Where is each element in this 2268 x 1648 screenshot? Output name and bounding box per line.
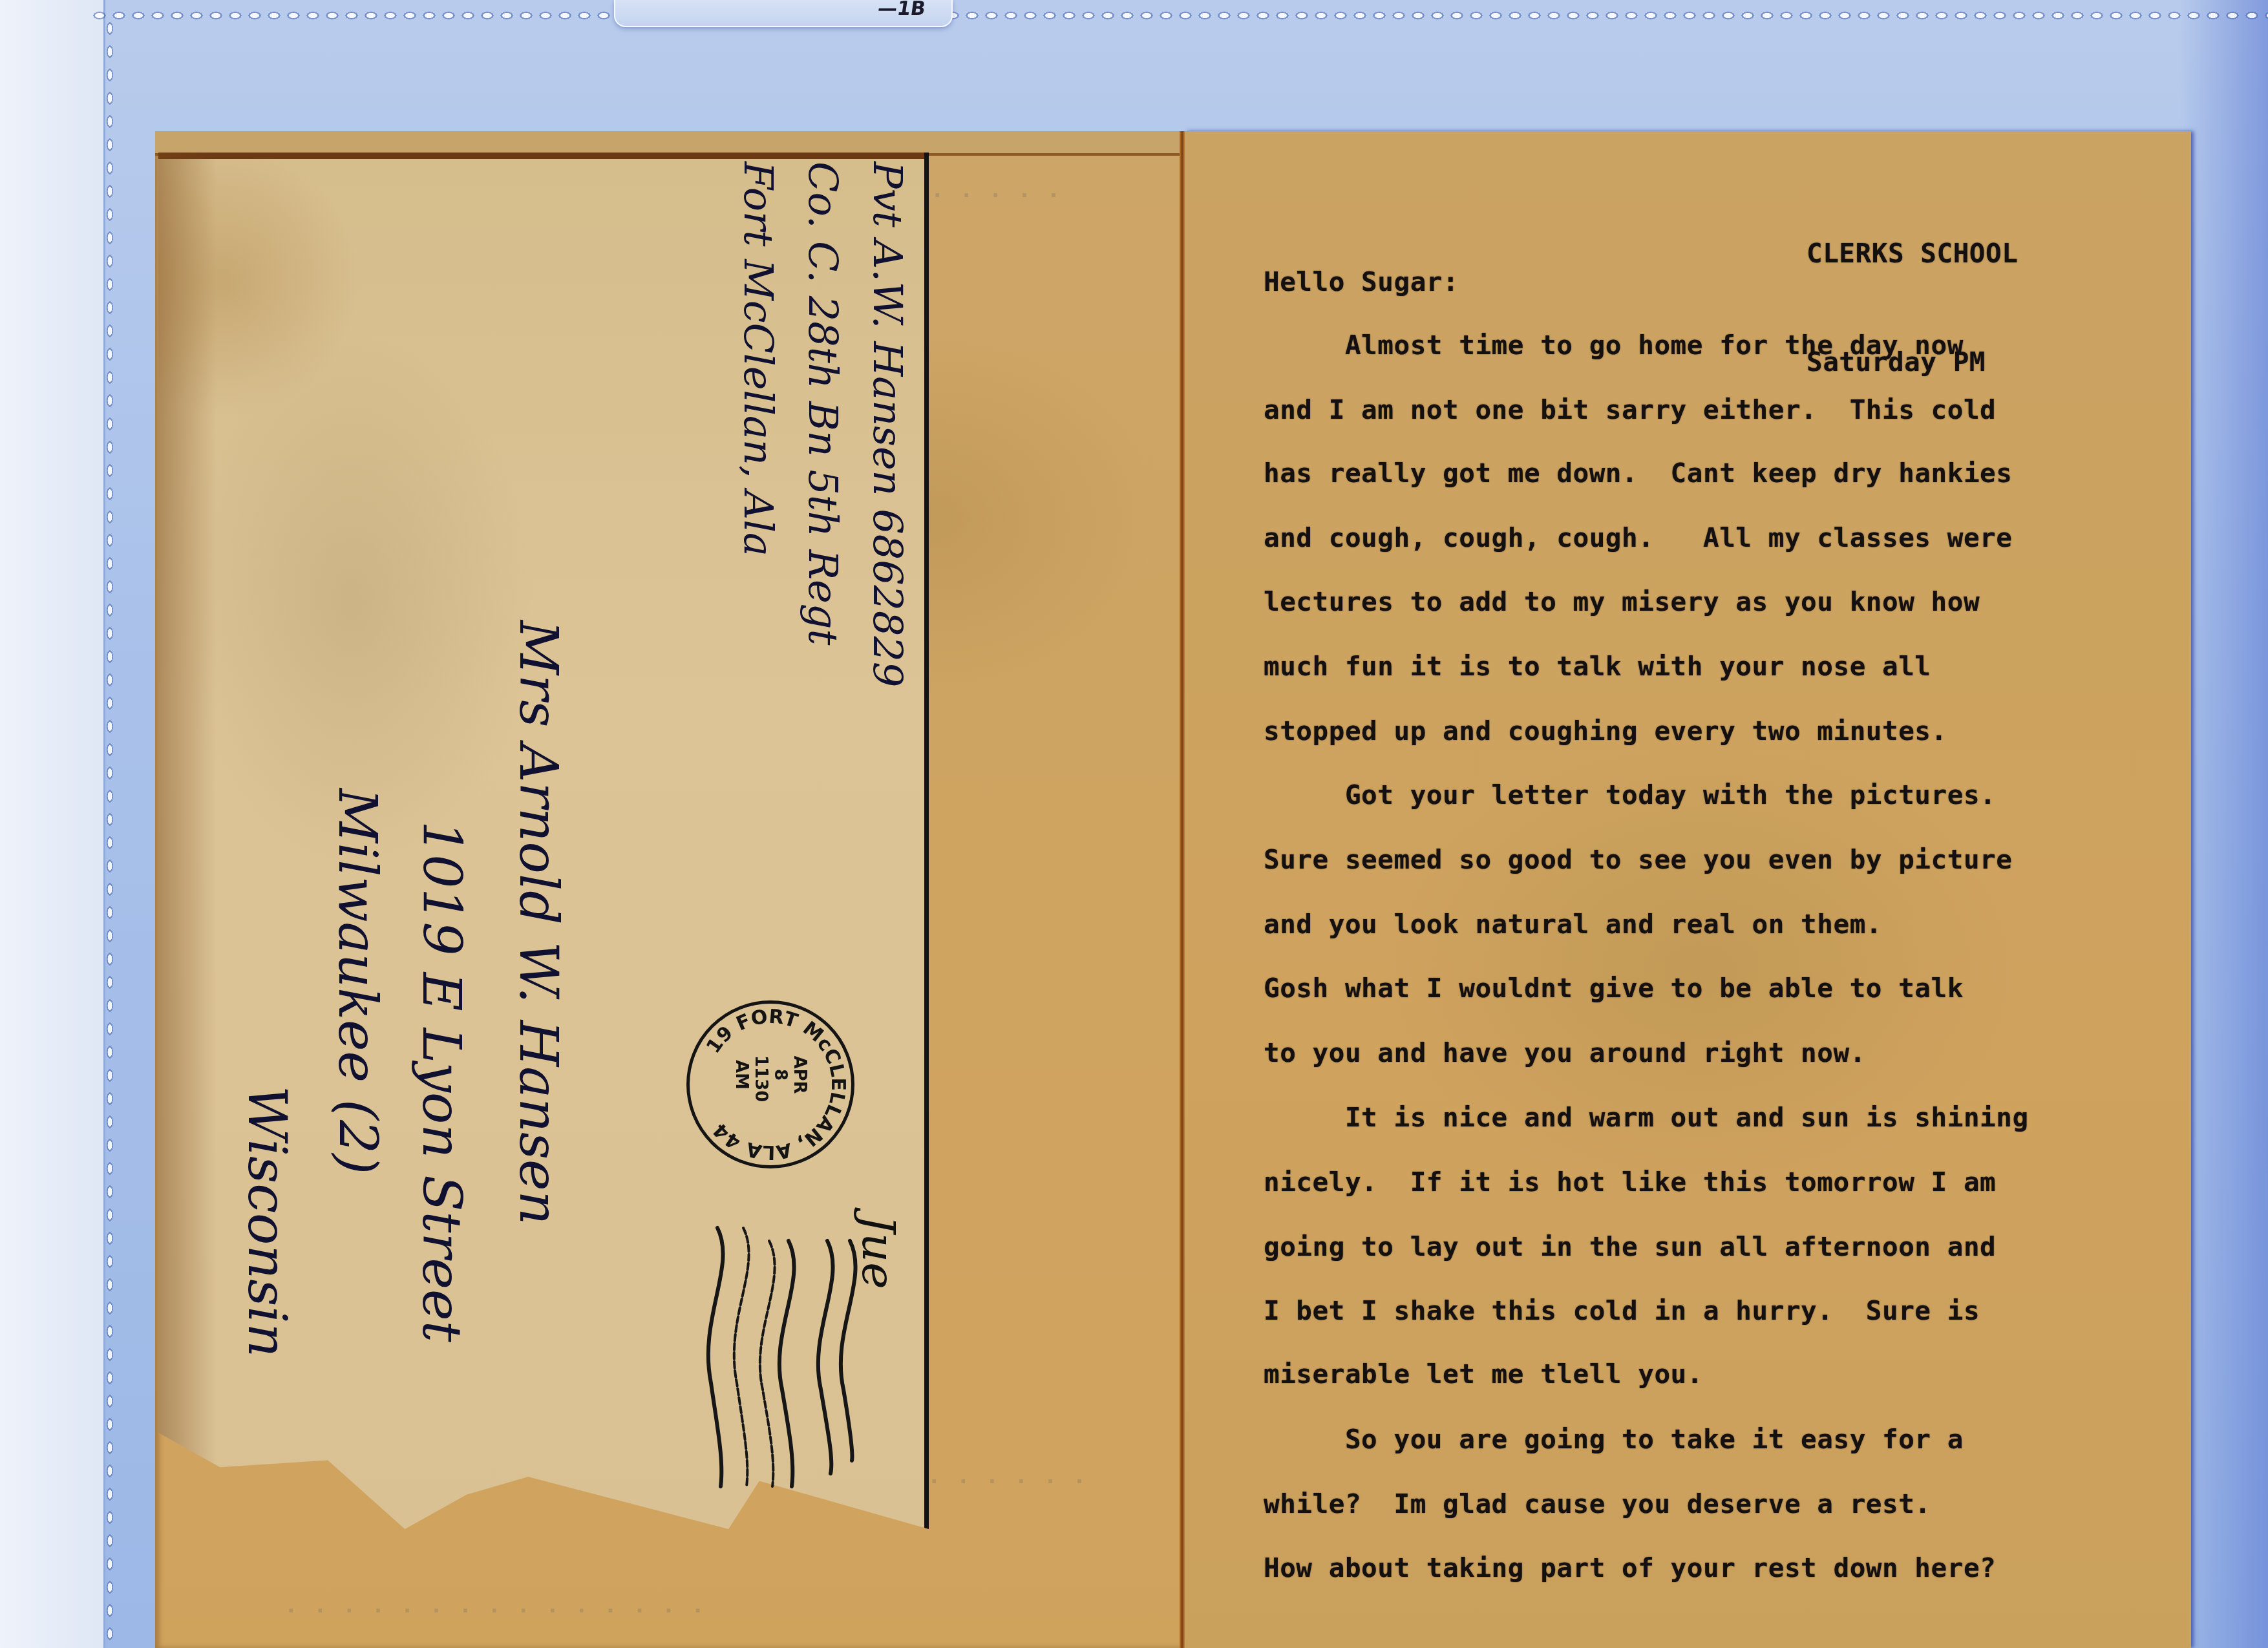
letter-line: and I am not one bit sarry either. This … (1264, 394, 1996, 425)
sleeve-left-stitching (102, 19, 118, 1648)
letter-line: and cough, cough, cough. All my classes … (1264, 522, 2012, 553)
page-fold-crease (1180, 131, 1185, 1648)
label-tab-text: —1B (876, 0, 927, 20)
letter-line: So you are going to take it easy for a (1264, 1424, 1964, 1455)
letter-line: nicely. If it is hot like this tomorrow … (1264, 1167, 1996, 1198)
letter-header-place: CLERKS SCHOOL (1807, 235, 2018, 271)
handwritten-initial: Jue (852, 1215, 905, 1289)
postmark-time: 1130 AM (732, 1055, 770, 1094)
letter-line: much fun it is to talk with your nose al… (1264, 651, 1931, 682)
letter-line: lectures to add to my misery as you know… (1264, 586, 1980, 617)
letter-line: Sure seemed so good to see you even by p… (1264, 844, 2012, 875)
letter-line: Almost time to go home for the day now (1264, 330, 1964, 361)
postmark-date-time: APR 8 1130 AM (732, 1055, 809, 1094)
recipient-address-line: Milwaukee (2) (326, 788, 388, 1174)
letter-line: How about taking part of your rest down … (1264, 1552, 1996, 1583)
letter-line: stopped up and coughing every two minute… (1264, 715, 1947, 746)
bleed-through-text: · · · · · (931, 183, 1061, 209)
recipient-address-line: 1019 E Lyon Street (410, 821, 472, 1342)
postmark-cancel-lines (698, 1215, 866, 1493)
recipient-address-line: Wisconsin (236, 1086, 297, 1357)
letter-line: going to lay out in the sun all afternoo… (1264, 1231, 1996, 1262)
letter-line: It is nice and warm out and sun is shini… (1264, 1102, 2029, 1133)
sleeve-label-tab: —1B (614, 0, 953, 27)
envelope-top-edge (158, 153, 924, 159)
letter-line: and you look natural and real on them. (1264, 909, 1882, 940)
letter-line: miserable let me tlell you. (1264, 1358, 1703, 1389)
recipient-address-line: Mrs Arnold W. Hansen (507, 620, 569, 1225)
letter-line: while? Im glad cause you deserve a rest. (1264, 1488, 1931, 1519)
postmark-stamp: 19 FORT McCLELLAN, ALA 44 APR 8 1130 AM (686, 1000, 854, 1168)
letter-line: Gosh what I wouldnt give to be able to t… (1264, 973, 1964, 1004)
postmark-date: APR 8 (770, 1055, 809, 1094)
return-address-line: Pvt A.W. Hansen 6862829 (864, 162, 911, 687)
return-address-line: Fort McClellan, Ala (735, 162, 782, 556)
letter-line: to you and have you around right now. (1264, 1037, 1866, 1068)
sleeve-top-stitching (90, 8, 2268, 23)
scanner-backdrop (0, 0, 103, 1648)
letter-salutation: Hello Sugar: (1264, 266, 1459, 297)
sleeve-shadow (2179, 0, 2268, 1648)
page-top-strip (155, 131, 1186, 156)
letter-line: I bet I shake this cold in a hurry. Sure… (1264, 1295, 1980, 1326)
letter-line: has really got me down. Cant keep dry ha… (1264, 458, 2012, 489)
letter-line: Got your letter today with the pictures. (1264, 779, 1996, 810)
bleed-through-text: · · · · · · · · · · · · · · · (284, 1598, 706, 1624)
return-address-line: Co. C. 28th Bn 5th Regt (800, 162, 847, 645)
envelope-stain (158, 153, 217, 1529)
